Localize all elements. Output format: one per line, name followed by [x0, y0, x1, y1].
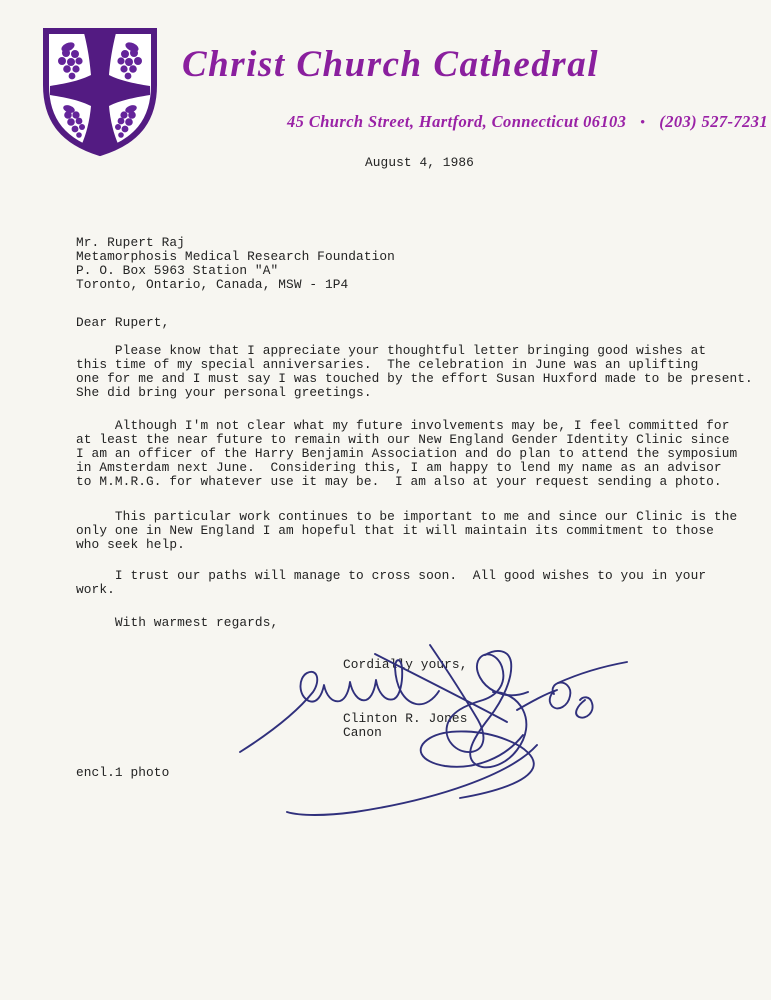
separator-dot: •	[640, 115, 645, 129]
enclosure-note: encl.1 photo	[76, 766, 169, 780]
recipient-address-block: Mr. Rupert Raj Metamorphosis Medical Res…	[76, 236, 395, 292]
cathedral-shield-logo	[38, 25, 162, 157]
episcopal-shield-icon	[38, 25, 162, 157]
phone-number: (203) 527-7231	[659, 115, 768, 129]
salutation: Dear Rupert,	[76, 316, 169, 330]
letterhead-address-line: 45 Church Street, Hartford, Connecticut …	[287, 115, 768, 129]
signer-title: Canon	[343, 726, 382, 740]
date-line: August 4, 1986	[365, 156, 474, 170]
closing-line: With warmest regards,	[76, 616, 278, 630]
body-paragraph-1: Please know that I appreciate your thoug…	[76, 344, 753, 400]
signer-name: Clinton R. Jones	[343, 712, 467, 726]
body-paragraph-3: This particular work continues to be imp…	[76, 510, 737, 552]
body-paragraph-4: I trust our paths will manage to cross s…	[76, 569, 706, 597]
street-address: 45 Church Street, Hartford, Connecticut …	[287, 115, 626, 129]
organization-name: Christ Church Cathedral	[182, 58, 599, 72]
letter-page: Christ Church Cathedral 45 Church Street…	[0, 0, 771, 1000]
valediction: Cordially yours,	[343, 658, 467, 672]
body-paragraph-2: Although I'm not clear what my future in…	[76, 419, 737, 489]
